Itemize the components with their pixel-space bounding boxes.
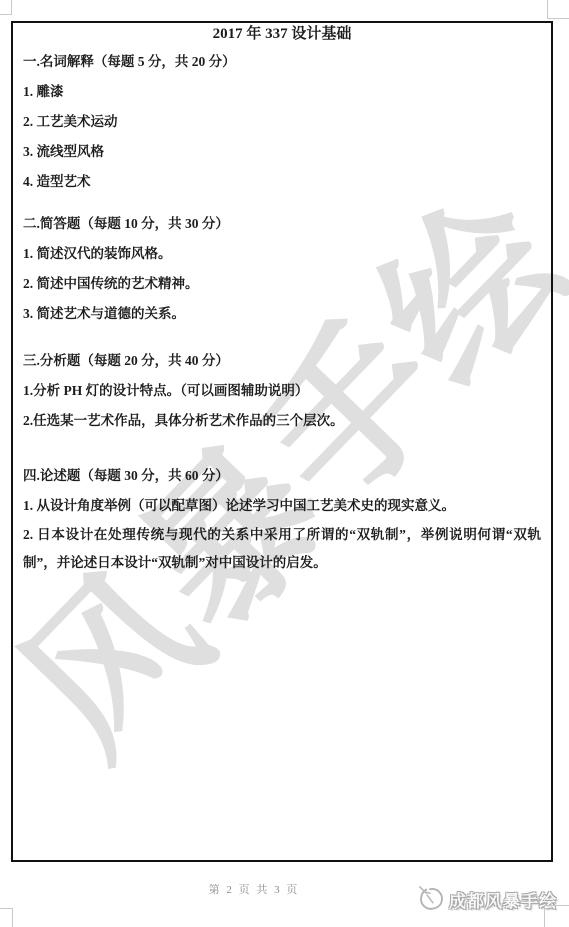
question-item: 3. 流线型风格 [23,137,541,167]
storm-scribble-icon [416,884,446,914]
question-item: 2. 简述中国传统的艺术精神。 [23,269,541,299]
section-essay: 四.论述题（每题 30 分，共 60 分） 1. 从设计角度举例（可以配草图）论… [23,461,541,577]
crop-mark-bottom-left [0,908,13,927]
question-item: 3. 简述艺术与道德的关系。 [23,299,541,329]
crop-mark-top-right [547,0,569,19]
question-item: 1.分析 PH 灯的设计特点。（可以画图辅助说明） [23,376,541,406]
brand-logo: 成都风暴手绘 [416,884,557,914]
exam-paper-page: 风暴手绘 2017 年 337 设计基础 一.名词解释（每题 5 分，共 20 … [0,0,569,927]
question-item: 2.任选某一艺术作品，具体分析艺术作品的三个层次。 [23,406,541,436]
question-item: 2. 日本设计在处理传统与现代的关系中采用了所谓的“双轨制”，举例说明何谓“双轨… [23,521,541,577]
crop-mark-top-left [0,0,12,15]
question-item: 1. 简述汉代的装饰风格。 [23,239,541,269]
question-item: 1. 从设计角度举例（可以配草图）论述学习中国工艺美术史的现实意义。 [23,491,541,521]
exam-content: 2017 年 337 设计基础 一.名词解释（每题 5 分，共 20 分） 1.… [13,23,551,577]
section-heading: 四.论述题（每题 30 分，共 60 分） [23,461,541,491]
crop-mark-bottom-right [544,905,569,927]
section-analysis: 三.分析题（每题 20 分，共 40 分） 1.分析 PH 灯的设计特点。（可以… [23,346,541,436]
question-item: 2. 工艺美术运动 [23,107,541,137]
section-heading: 三.分析题（每题 20 分，共 40 分） [23,346,541,376]
page-title: 2017 年 337 设计基础 [23,25,541,43]
brand-name: 成都风暴手绘 [449,887,557,912]
question-item: 1. 雕漆 [23,77,541,107]
section-heading: 二.简答题（每题 10 分，共 30 分） [23,209,541,239]
section-short-answers: 二.简答题（每题 10 分，共 30 分） 1. 简述汉代的装饰风格。 2. 简… [23,209,541,329]
question-item: 4. 造型艺术 [23,167,541,197]
section-term-definitions: 一.名词解释（每题 5 分，共 20 分） 1. 雕漆 2. 工艺美术运动 3.… [23,47,541,197]
section-heading: 一.名词解释（每题 5 分，共 20 分） [23,47,541,77]
